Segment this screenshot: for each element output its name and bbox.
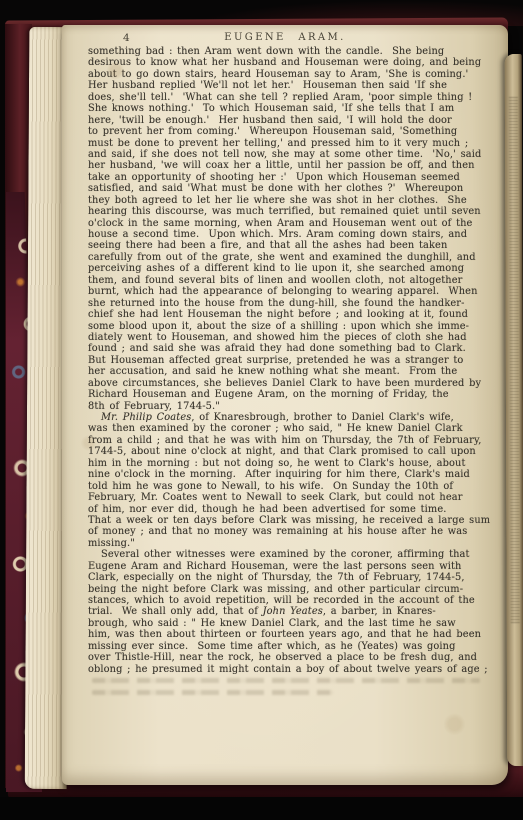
text-line: satisfied, and said 'What must be done w…	[88, 183, 506, 194]
text-line: missing."	[88, 538, 506, 549]
text-line: Richard Houseman and Eugene Aram, on the…	[88, 389, 506, 400]
text-line: they both agreed to let her lie where sh…	[88, 195, 506, 206]
page-text: something bad : then Aram went down with…	[88, 46, 506, 675]
text-line: Mr. Philip Coates, of Knaresbrough, brot…	[88, 412, 506, 423]
text-line: Several other witnesses were examined by…	[88, 549, 506, 560]
book-page: 4 EUGENE ARAM. something bad : then Aram…	[62, 25, 508, 785]
text-line: That a week or ten days before Clark was…	[88, 515, 506, 526]
text-line: 1744-5, about nine o'clock at night, and…	[88, 446, 506, 457]
text-line: Eugene Aram and Richard Houseman, were t…	[88, 561, 506, 572]
text-line: Clark, especially on the night of Thursd…	[88, 572, 506, 583]
text-line: o'clock in the same morning, when Aram a…	[88, 218, 506, 229]
text-line: hearing this discourse, was much terrifi…	[88, 206, 506, 217]
text-line: her accusation, and said he knew nothing…	[88, 366, 506, 377]
text-line: something bad : then Aram went down with…	[88, 46, 506, 57]
text-line: February, Mr. Coates went to Newall to s…	[88, 492, 506, 503]
text-line: told him he was gone to Newall, to his w…	[88, 481, 506, 492]
text-line: brough, who said : " He knew Daniel Clar…	[88, 618, 506, 629]
text-line: of money ; and that no money was remaini…	[88, 526, 506, 537]
text-line: does, she'll tell.' 'What can she tell ?…	[88, 92, 506, 103]
text-line: stances, which to avoid repetition, will…	[88, 595, 506, 606]
text-line: him, was then about thirteen or fourteen…	[88, 629, 506, 640]
text-line: nine o'clock in the morning. After inqui…	[88, 469, 506, 480]
text-line: found ; and said she was afraid they had…	[88, 343, 506, 354]
text-line: She knows nothing.' To which Houseman sa…	[88, 103, 506, 114]
text-line: trial. We shall only add, that of John Y…	[88, 606, 506, 617]
text-line: carefully from out of the grate, she wen…	[88, 252, 506, 263]
text-line: here, 'twill be enough.' Her husband the…	[88, 115, 506, 126]
text-line: But Houseman affected great surprise, pr…	[88, 355, 506, 366]
text-line: some blood upon it, about the size of a …	[88, 321, 506, 332]
text-line: house a second time. Upon which. Mrs. Ar…	[88, 229, 506, 240]
text-line: missing ever since. Some time after whic…	[88, 641, 506, 652]
text-line: seeing there had been a fire, and that a…	[88, 240, 506, 251]
text-line: diately went to Houseman, and showed him…	[88, 332, 506, 343]
running-title: EUGENE ARAM.	[62, 32, 508, 43]
page-header: 4 EUGENE ARAM.	[62, 31, 508, 45]
text-line: must be done to prevent her telling,' an…	[88, 138, 506, 149]
text-line: over Thistle-Hill, near the rock, he obs…	[88, 652, 506, 663]
text-line: of him, nor ever did, though he had been…	[88, 504, 506, 515]
book-photo: 4 EUGENE ARAM. something bad : then Aram…	[0, 0, 523, 820]
facing-page-edge	[505, 54, 523, 766]
text-line: desirous to know what her husband and Ho…	[88, 57, 506, 68]
text-line: 8th of February, 1744-5."	[88, 401, 506, 412]
text-line: Her husband replied 'We'll not let her.'…	[88, 80, 506, 91]
facing-page-blurred-text	[509, 97, 520, 624]
text-line: burnt, which had the appearance of belon…	[88, 286, 506, 297]
text-line: chief she had lent Houseman the night be…	[88, 309, 506, 320]
text-line: oblong ; he presumed it might contain a …	[88, 664, 506, 675]
text-line: him in the morning : but not doing so, h…	[88, 458, 506, 469]
text-line: them, and found several bits of linen an…	[88, 275, 506, 286]
background-bottom	[0, 797, 523, 820]
text-line: above circumstances, she believes Daniel…	[88, 378, 506, 389]
text-line: being the night before Clark was missing…	[88, 584, 506, 595]
text-line: about to go down stairs, heard Houseman …	[88, 69, 506, 80]
text-line: and said, if she does not tell now, she …	[88, 149, 506, 160]
text-line: she returned into the house from the dun…	[88, 298, 506, 309]
verso-show-through	[92, 678, 480, 702]
text-line: take an opportunity of shooting her :' U…	[88, 172, 506, 183]
text-line: perceiving ashes of a different kind to …	[88, 263, 506, 274]
text-line: was then examined by the coroner ; who s…	[88, 423, 506, 434]
text-line: from a child ; and that he was with him …	[88, 435, 506, 446]
text-line: to prevent her from coming.' Whereupon H…	[88, 126, 506, 137]
text-line: her husband, 'we will coax her a little,…	[88, 160, 506, 171]
